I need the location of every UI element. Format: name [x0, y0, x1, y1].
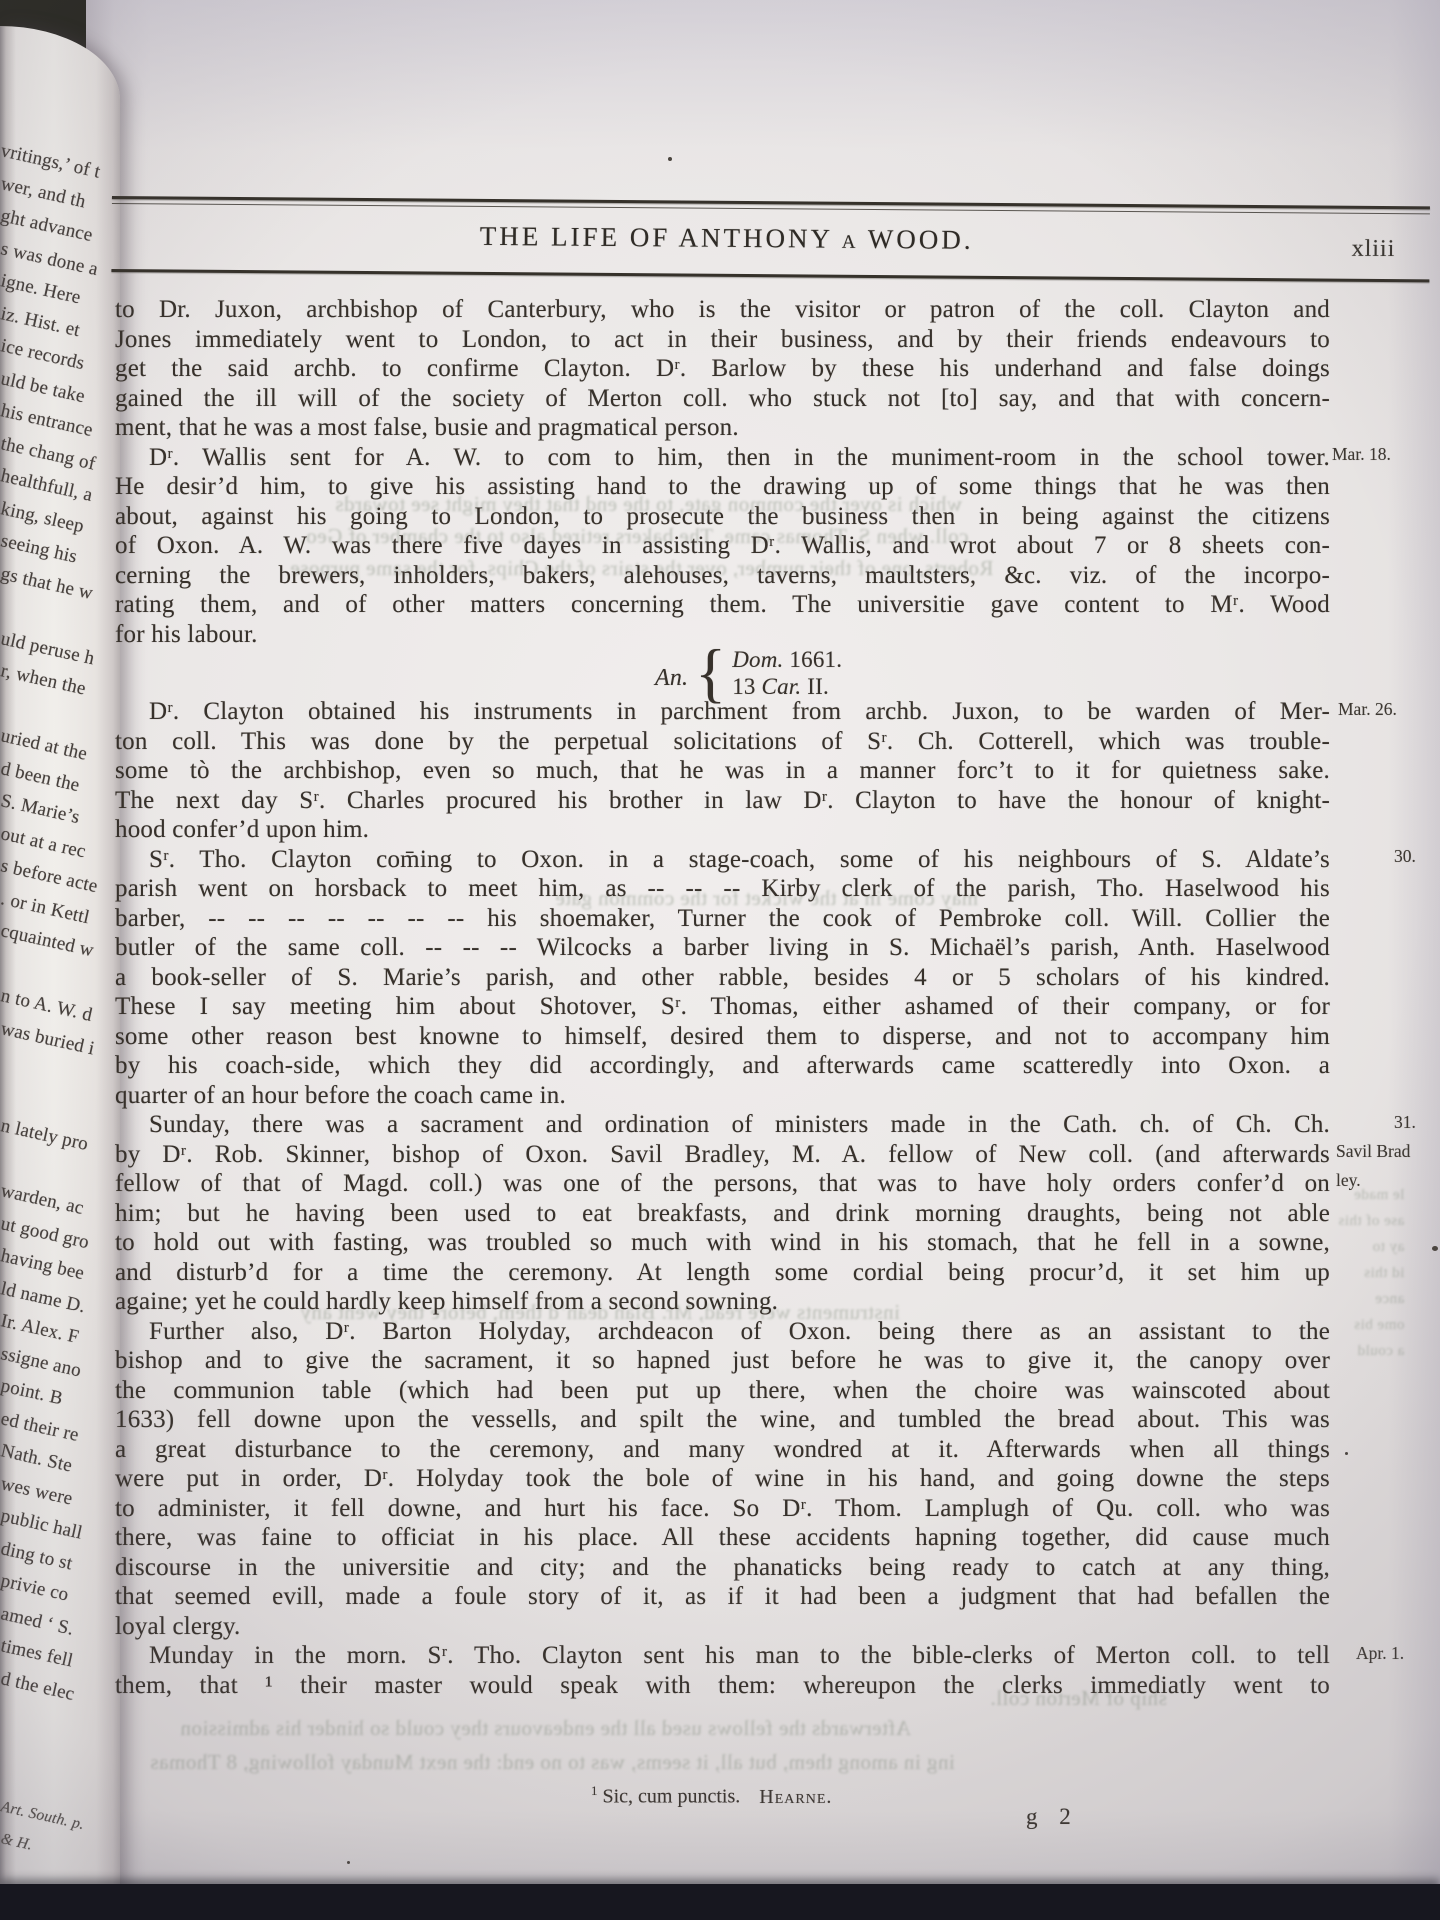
text-line: by Dʳ. Rob. Skinner, bishop of Oxon. Sav…	[115, 1140, 1330, 1170]
footnote-attribution: Hearne.	[759, 1786, 832, 1808]
text-line: Sunday, there was a sacrament and ordina…	[115, 1110, 1330, 1140]
text-line: ment, that he was a most false, busie an…	[115, 413, 1330, 443]
text-line: Dʳ. Wallis sent for A. W. to com to him,…	[115, 443, 1330, 473]
edge-fragment: wes were	[0, 1473, 74, 1510]
regnal-label: Car.	[762, 674, 802, 699]
edge-fragment: point. B	[0, 1375, 65, 1410]
edge-fragment: privie co	[0, 1570, 71, 1606]
dust-speck	[557, 1503, 560, 1506]
text-line: He desir’d him, to give his assisting ha…	[115, 472, 1330, 502]
text-line: 1633) fell downe upon the vessells, and …	[115, 1405, 1330, 1435]
paragraph: Further also, Dʳ. Barton Holyday, archde…	[115, 1317, 1330, 1642]
signature-mark: g 2	[1026, 1804, 1079, 1830]
text-line: butler of the same coll. -- -- -- Wilcoc…	[115, 933, 1330, 963]
edge-fragment: amed ‘ S.	[0, 1603, 76, 1641]
paragraph: to Dr. Juxon, archbishop of Canterbury, …	[115, 295, 1330, 443]
edge-fragment: Art. South. p.	[0, 1798, 86, 1834]
dust-speck	[347, 1861, 350, 1864]
text-line: the communion table (which had been put …	[115, 1376, 1330, 1406]
paragraph: Dʳ. Clayton obtained his instruments in …	[115, 697, 1330, 845]
edge-fragment: igne. Here	[0, 270, 83, 309]
book-photo: vritings,’ of twer, and thght advances w…	[0, 0, 1440, 1920]
bleedthrough-text: le made ase of this ay to id this ance o…	[1338, 1182, 1404, 1364]
margin-note: Mar. 26.	[1338, 699, 1397, 720]
text-line: Further also, Dʳ. Barton Holyday, archde…	[115, 1317, 1330, 1347]
text-line: to administer, it fell downe, and hurt h…	[115, 1494, 1330, 1524]
bleedthrough-text: ing in among them, but all, it seems, wa…	[150, 1750, 955, 1775]
edge-fragment: d been the	[0, 758, 82, 797]
edge-fragment: & H.	[0, 1830, 34, 1854]
anno-domini-label: Dom.	[732, 647, 783, 672]
text-line: The next day Sʳ. Charles procured his br…	[115, 786, 1330, 816]
title-text-end: WOOD.	[868, 224, 974, 255]
text-line: These I say meeting him about Shotover, …	[115, 992, 1330, 1022]
edge-fragment: d the elec	[0, 1668, 76, 1706]
edge-fragment: n lately pro	[0, 1115, 90, 1156]
text-line: there, was faine to officiat in his plac…	[115, 1523, 1330, 1553]
regnal-prefix: 13	[732, 674, 755, 699]
edge-fragment: gs that he w	[0, 563, 95, 605]
text-line: a great disturbance to the ceremony, and…	[115, 1435, 1330, 1465]
page-header: THE LIFE OF ANTHONY A WOOD. xliii	[111, 196, 1430, 296]
edge-fragment: Nath. Ste	[0, 1440, 74, 1477]
year-annotation-lines: Dom. 1661. 13 Car. II.	[732, 646, 842, 700]
paragraph: Munday in the morn. Sʳ. Tho. Clayton sen…	[115, 1641, 1330, 1700]
photo-bottom-bar	[0, 1884, 1440, 1920]
margin-note: ley.	[1336, 1170, 1361, 1191]
text-line: bishop and to give the sacrament, it so …	[115, 1346, 1330, 1376]
text-line: gained the ill will of the society of Me…	[115, 384, 1330, 414]
margin-note: Savil Brad	[1336, 1141, 1410, 1162]
footnote: 1 Sic, cum punctis. Hearne.	[591, 1783, 832, 1809]
paragraph: Sʳ. Tho. Clayton com̄ing to Oxon. in a s…	[115, 845, 1330, 1111]
text-line: some tò the archbishop, even so much, th…	[115, 756, 1330, 786]
margin-note: 30.	[1394, 846, 1416, 867]
text-line: them, that ¹ their master would speak wi…	[115, 1671, 1330, 1701]
text-line: ton coll. This was done by the perpetual…	[115, 727, 1330, 757]
page-title: THE LIFE OF ANTHONY A WOOD.	[112, 218, 1342, 259]
regnal-value: II.	[807, 674, 829, 699]
page-number: xliii	[1352, 236, 1396, 263]
text-line: get the said archb. to confirme Clayton.…	[115, 354, 1330, 384]
edge-fragment: ed their re	[0, 1408, 81, 1447]
text-line: about, against his going to London, to p…	[115, 502, 1330, 532]
edge-fragment: iz. Hist. et	[0, 303, 82, 342]
brace-glyph: {	[695, 649, 726, 698]
text-line: were put in order, Dʳ. Holyday took the …	[115, 1464, 1330, 1494]
footnote-text: Sic, cum punctis.	[603, 1786, 741, 1808]
text-line: loyal clergy.	[115, 1612, 1330, 1642]
header-rule-bottom	[111, 269, 1429, 282]
anno-domini-value: 1661.	[789, 647, 842, 672]
edge-fragment: Ir. Alex. F	[0, 1310, 81, 1349]
text-line: to hold out with fasting, was troubled s…	[115, 1228, 1330, 1258]
text-line: him; but he having been used to eat brea…	[115, 1199, 1330, 1229]
margin-note: Apr. 1.	[1356, 1643, 1404, 1664]
edge-fragment: times fell	[0, 1635, 75, 1672]
title-smallcap-a: A	[842, 232, 859, 253]
edge-fragment: ding to st	[0, 1538, 74, 1575]
title-text: THE LIFE OF ANTHONY	[480, 221, 832, 254]
year-annotation: An. { Dom. 1661. 13 Car. II.	[655, 649, 1330, 697]
dust-speck	[1345, 1452, 1348, 1455]
text-line: discourse in the universitie and city; a…	[115, 1553, 1330, 1583]
body-text: to Dr. Juxon, archbishop of Canterbury, …	[115, 295, 1330, 1700]
text-line: a book-seller of S. Marie’s parish, and …	[115, 963, 1330, 993]
edge-fragment: warden, ac	[0, 1180, 86, 1220]
text-line: Jones immediately went to London, to act…	[115, 325, 1330, 355]
text-line: to Dr. Juxon, archbishop of Canterbury, …	[115, 295, 1330, 325]
text-line: hood confer’d upon him.	[115, 815, 1330, 845]
text-line: againe; yet he could hardly keep himself…	[115, 1287, 1330, 1317]
edge-fragment: seeing his	[0, 530, 79, 568]
dust-speck	[1432, 1246, 1438, 1251]
edge-fragment: S. Marie’s	[0, 790, 82, 829]
body-lower: Dʳ. Clayton obtained his instruments in …	[115, 697, 1330, 1700]
margin-note: Mar. 18.	[1332, 444, 1391, 465]
text-line: Munday in the morn. Sʳ. Tho. Clayton sen…	[115, 1641, 1330, 1671]
edge-fragment: ssigne ano	[0, 1343, 83, 1382]
paragraph: Sunday, there was a sacrament and ordina…	[115, 1110, 1330, 1317]
dust-speck	[668, 157, 672, 161]
text-line: by his coach-side, which they did accord…	[115, 1051, 1330, 1081]
text-line: that seemed evill, made a foule story of…	[115, 1582, 1330, 1612]
text-line: parish went on horsback to meet him, as …	[115, 874, 1330, 904]
text-line: of Oxon. A. W. was there five dayes in a…	[115, 531, 1330, 561]
text-line: cerning the brewers, inholders, bakers, …	[115, 561, 1330, 591]
edge-fragment: public hall	[0, 1505, 84, 1544]
footnote-marker: 1	[591, 1783, 598, 1798]
margin-note: 31.	[1394, 1112, 1416, 1133]
text-line: rating them, and of other matters concer…	[115, 590, 1330, 620]
body-upper: to Dr. Juxon, archbishop of Canterbury, …	[115, 295, 1330, 649]
text-line: Sʳ. Tho. Clayton com̄ing to Oxon. in a s…	[115, 845, 1330, 875]
text-line: fellow of that of Magd. coll.) was one o…	[115, 1169, 1330, 1199]
text-line: barber, -- -- -- -- -- -- -- his shoemak…	[115, 904, 1330, 934]
regnal-year-line: 13 Car. II.	[732, 673, 842, 700]
paragraph: Dʳ. Wallis sent for A. W. to com to him,…	[115, 443, 1330, 650]
text-line: quarter of an hour before the coach came…	[115, 1081, 1330, 1111]
year-annotation-prefix: An.	[655, 665, 688, 692]
text-line: and disturb’d for a time the ceremony. A…	[115, 1258, 1330, 1288]
text-line: some other reason best knowne to himself…	[115, 1022, 1330, 1052]
bleedthrough-text: Afterwards the fellows used all the ende…	[180, 1716, 911, 1741]
anno-domini-line: Dom. 1661.	[732, 646, 842, 673]
